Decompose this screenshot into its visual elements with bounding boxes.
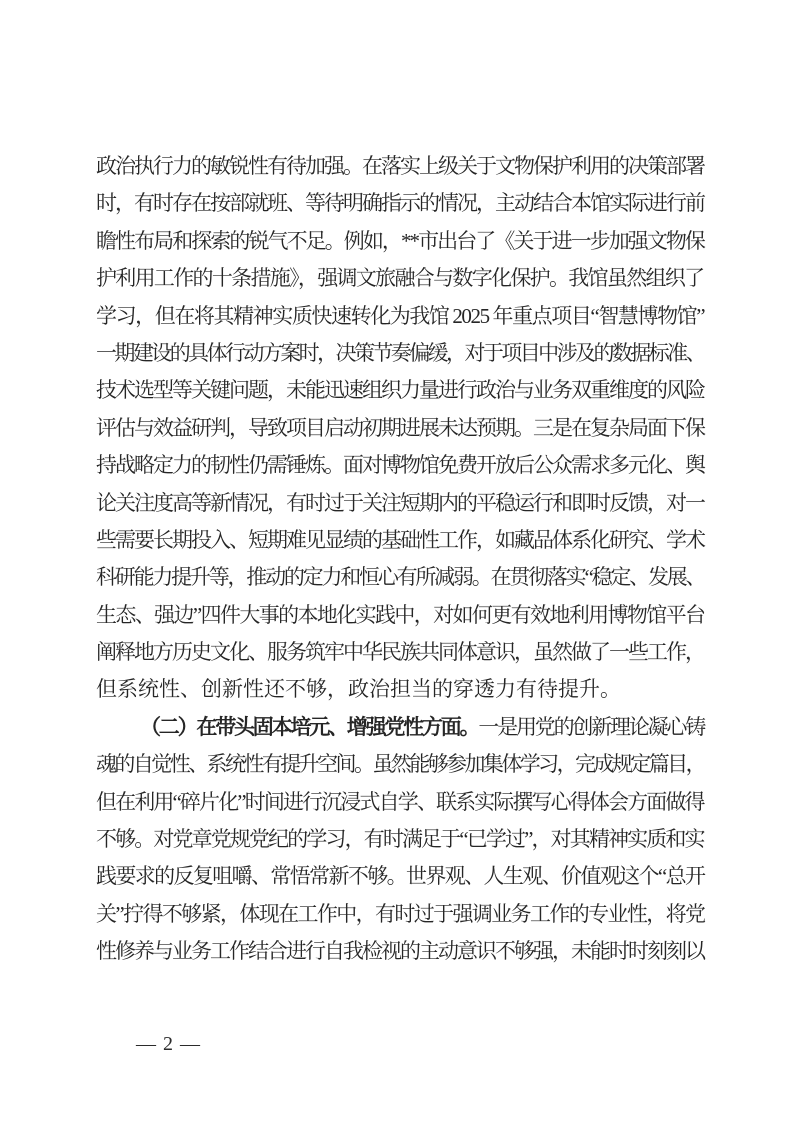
document-body: 政治执行力的敏锐性有待加强。在落实上级关于文物保护利用的决策部署时，有时存在按部… (96, 148, 704, 971)
text-line: 性修养与业务工作结合进行自我检视的主动意识不够强，未能时时刻刻以 (96, 933, 704, 970)
page-number: — 2 — (136, 1031, 201, 1057)
text-line: 政治执行力的敏锐性有待加强。在落实上级关于文物保护利用的决策部署 (96, 148, 704, 185)
text-line: 科研能力提升等，推动的定力和恒心有所减弱。在贯彻落实“稳定、发展、 (96, 559, 704, 596)
text-line: 践要求的反复咀嚼、常悟常新不够。世界观、人生观、价值观这个“总开 (96, 858, 704, 895)
text-line: 些需要长期投入、短期难见显绩的基础性工作，如藏品体系化研究、学术 (96, 522, 704, 559)
document-page: 政治执行力的敏锐性有待加强。在落实上级关于文物保护利用的决策部署时，有时存在按部… (0, 0, 793, 1122)
text-line: 魂的自觉性、系统性有提升空间。虽然能够参加集体学习，完成规定篇目， (96, 746, 704, 783)
text-line: 生态、强边”四件大事的本地化实践中，对如何更有效地利用博物馆平台 (96, 597, 704, 634)
text-line: 技术选型等关键问题，未能迅速组织力量进行政治与业务双重维度的风险 (96, 372, 704, 409)
text-line: （二）在带头固本培元、增强党性方面。一是用党的创新理论凝心铸 (96, 709, 704, 746)
text-line: 阐释地方历史文化、服务筑牢中华民族共同体意识，虽然做了一些工作， (96, 634, 704, 671)
text-line: 学习，但在将其精神实质快速转化为我馆 2025 年重点项目“智慧博物馆” (96, 298, 704, 335)
text-line: 但在利用“碎片化”时间进行沉浸式自学、联系实际撰写心得体会方面做得 (96, 784, 704, 821)
text-line: 时，有时存在按部就班、等待明确指示的情况，主动结合本馆实际进行前 (96, 185, 704, 222)
text-line: 不够。对党章党规党纪的学习，有时满足于“已学过”，对其精神实质和实 (96, 821, 704, 858)
text-line: 论关注度高等新情况，有时过于关注短期内的平稳运行和即时反馈，对一 (96, 485, 704, 522)
text-line: 护利用工作的十条措施》，强调文旅融合与数字化保护。我馆虽然组织了 (96, 260, 704, 297)
text-line: 瞻性布局和探索的锐气不足。例如，**市出台了《关于进一步加强文物保 (96, 223, 704, 260)
text-line: 持战略定力的韧性仍需锤炼。面对博物馆免费开放后公众需求多元化、舆 (96, 447, 704, 484)
text-line: 关”拧得不够紧，体现在工作中，有时过于强调业务工作的专业性，将党 (96, 896, 704, 933)
text-line: 但系统性、创新性还不够，政治担当的穿透力有待提升。 (96, 671, 704, 708)
text-line: 评估与效益研判，导致项目启动初期进展未达预期。三是在复杂局面下保 (96, 410, 704, 447)
text-line: 一期建设的具体行动方案时，决策节奏偏缓，对于项目中涉及的数据标准、 (96, 335, 704, 372)
section-heading: （二）在带头固本培元、增强党性方面。 (140, 715, 478, 739)
